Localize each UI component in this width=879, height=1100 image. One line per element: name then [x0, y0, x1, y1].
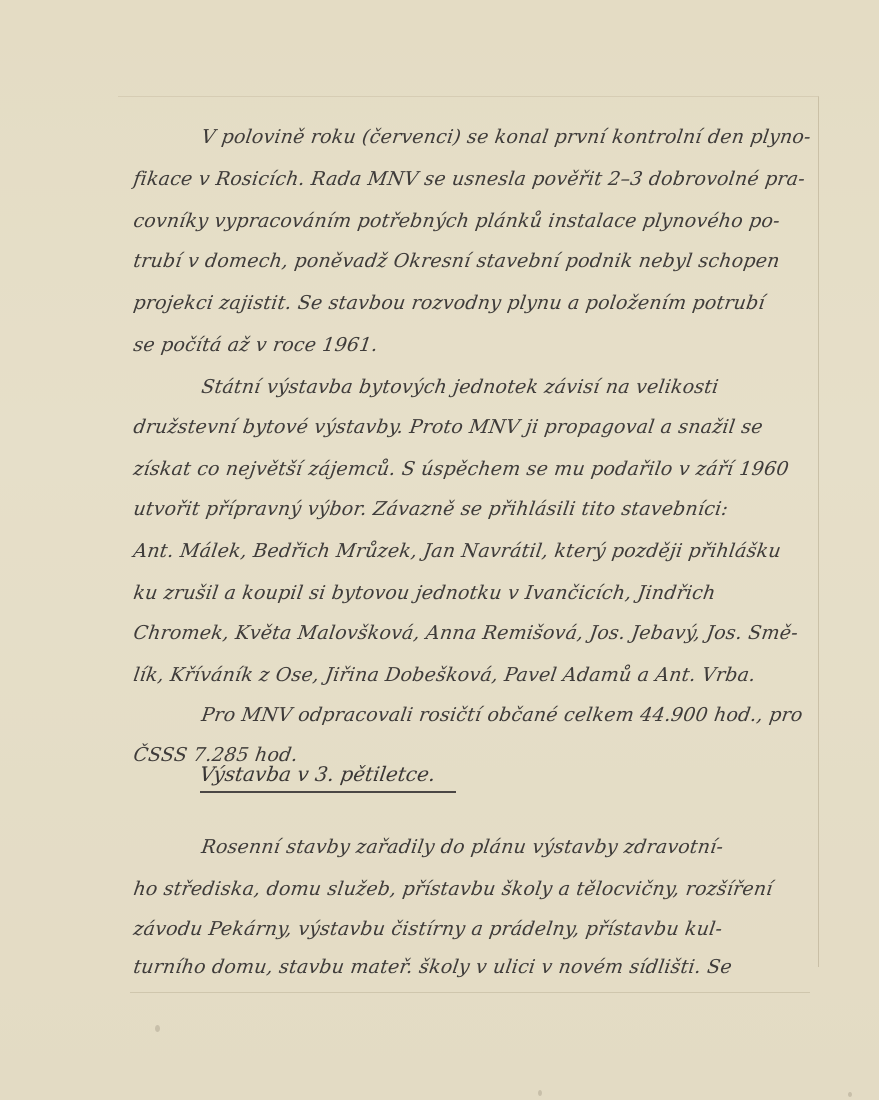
text-line: lík, Kříváník z Ose, Jiřina Dobešková, P…	[132, 664, 757, 686]
text-line: ku zrušil a koupil si bytovou jednotku v…	[132, 582, 717, 604]
text-line: covníky vypracováním potřebných plánků i…	[132, 210, 781, 232]
text-line: trubí v domech, poněvadž Okresní stavebn…	[132, 250, 781, 272]
text-line: utvořit přípravný výbor. Závazně se přih…	[132, 498, 730, 520]
text-line: projekci zajistit. Se stavbou rozvodny p…	[132, 292, 766, 314]
manuscript-page: V polovině roku (červenci) se konal prvn…	[0, 0, 879, 1100]
paper-speck	[538, 1090, 542, 1096]
paper-speck	[848, 1092, 852, 1097]
text-line: ho střediska, domu služeb, přístavbu ško…	[132, 878, 774, 900]
text-line: družstevní bytové výstavby. Proto MNV ji…	[132, 416, 764, 438]
paper-speck	[155, 1025, 160, 1032]
text-line: V polovině roku (červenci) se konal prvn…	[200, 126, 812, 148]
bottom-rule	[130, 992, 810, 993]
text-line: fikace v Rosicích. Rada MNV se usnesla p…	[132, 168, 807, 190]
section-heading: Výstavba v 3. pětiletce.	[198, 762, 437, 786]
text-line: Pro MNV odpracovali rosičtí občané celke…	[200, 704, 804, 726]
text-line: Ant. Málek, Bedřich Mrůzek, Jan Navrátil…	[132, 540, 782, 562]
text-line: turního domu, stavbu mateř. školy v ulic…	[132, 956, 733, 978]
text-line: získat co největší zájemců. S úspěchem s…	[132, 458, 790, 480]
text-line: se počítá až v roce 1961.	[132, 334, 379, 356]
text-line: Chromek, Květa Malovšková, Anna Remišová…	[132, 622, 799, 644]
text-line: závodu Pekárny, výstavbu čistírny a prád…	[132, 918, 724, 940]
text-line: Rosenní stavby zařadily do plánu výstavb…	[200, 836, 725, 858]
text-line: Státní výstavba bytových jednotek závisí…	[200, 376, 720, 398]
heading-underline	[200, 791, 456, 793]
